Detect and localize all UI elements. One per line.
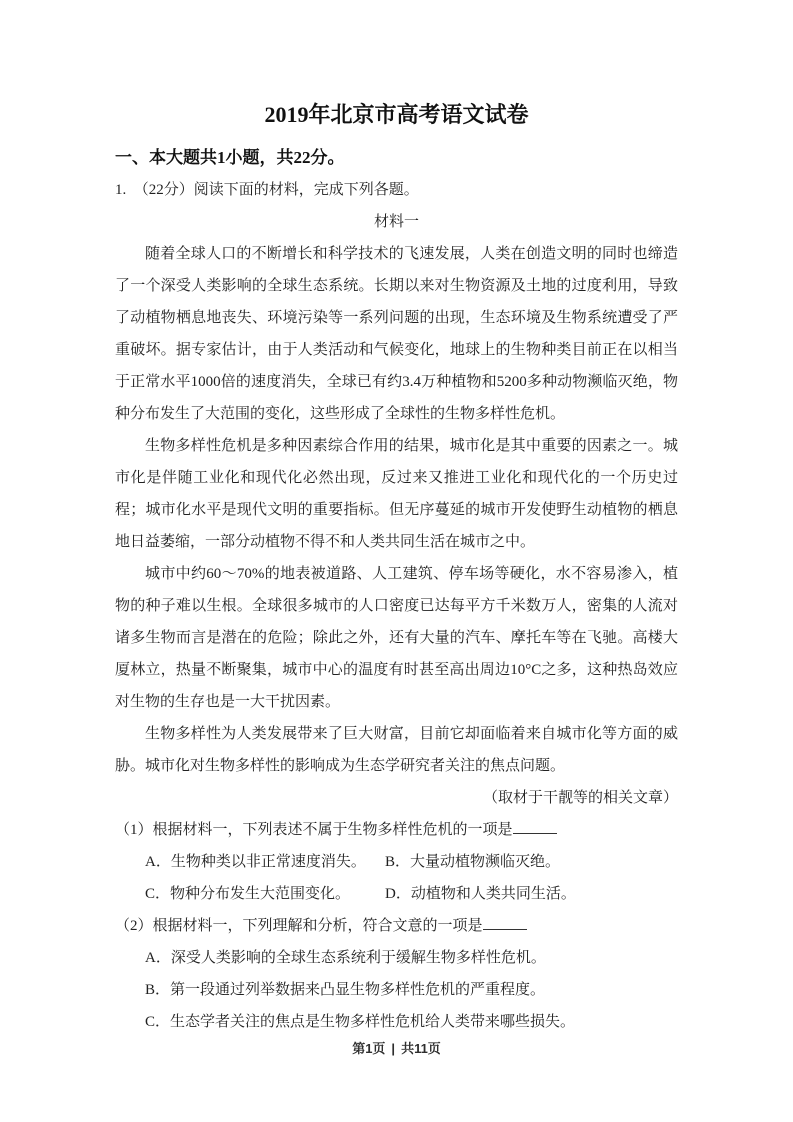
sub-question-2-stem: （2）根据材料一，下列理解和分析，符合文意的一项是 (115, 910, 678, 942)
q1-options-row-1: A．生物种类以非正常速度消失。 B．大量动植物濒临灭绝。 (115, 846, 678, 878)
q2-option-b: B．第一段通过列举数据来凸显生物多样性危机的严重程度。 (115, 974, 678, 1006)
answer-blank (513, 820, 557, 834)
section-heading: 一、本大题共1小题，共22分。 (115, 142, 678, 174)
exam-paper-page: 2019年北京市高考语文试卷 一、本大题共1小题，共22分。 1. （22分）阅… (0, 0, 793, 1122)
q1-option-a: A．生物种类以非正常速度消失。 (145, 846, 385, 878)
q1-options-row-2: C．物种分布发生大范围变化。 D．动植物和人类共同生活。 (115, 878, 678, 910)
q2-option-c: C．生态学者关注的焦点是生物多样性危机给人类带来哪些损失。 (115, 1006, 678, 1038)
q1-option-c: C．物种分布发生大范围变化。 (145, 878, 385, 910)
question-intro: 1. （22分）阅读下面的材料，完成下列各题。 (115, 174, 678, 206)
q2-option-a: A．深受人类影响的全球生态系统利于缓解生物多样性危机。 (115, 942, 678, 974)
sub-question-2-stem-text: （2）根据材料一，下列理解和分析，符合文意的一项是 (115, 918, 483, 934)
page-content: 2019年北京市高考语文试卷 一、本大题共1小题，共22分。 1. （22分）阅… (115, 100, 678, 1038)
sub-question-1-stem-text: （1）根据材料一，下列表述不属于生物多样性危机的一项是 (115, 822, 513, 838)
footer-page-number: 第1页 (352, 1041, 385, 1056)
material-paragraph-1: 随着全球人口的不断增长和科学技术的飞速发展，人类在创造文明的同时也缔造了一个深受… (115, 238, 678, 430)
material-label: 材料一 (115, 206, 678, 238)
answer-blank (483, 916, 527, 930)
page-title: 2019年北京市高考语文试卷 (115, 100, 678, 130)
footer-separator: | (385, 1041, 401, 1056)
q1-option-b: B．大量动植物濒临灭绝。 (385, 846, 560, 878)
q1-option-d: D．动植物和人类共同生活。 (385, 878, 576, 910)
footer-total-pages: 共11页 (401, 1041, 441, 1056)
sub-question-1-stem: （1）根据材料一，下列表述不属于生物多样性危机的一项是 (115, 814, 678, 846)
page-footer: 第1页|共11页 (0, 1038, 793, 1057)
material-paragraph-4: 生物多样性为人类发展带来了巨大财富，目前它却面临着来自城市化等方面的威胁。城市化… (115, 718, 678, 782)
source-attribution: （取材于干靓等的相关文章） (115, 782, 678, 814)
material-paragraph-2: 生物多样性危机是多种因素综合作用的结果，城市化是其中重要的因素之一。城市化是伴随… (115, 430, 678, 558)
material-paragraph-3: 城市中约60～70%的地表被道路、人工建筑、停车场等硬化，水不容易渗入，植物的种… (115, 558, 678, 718)
